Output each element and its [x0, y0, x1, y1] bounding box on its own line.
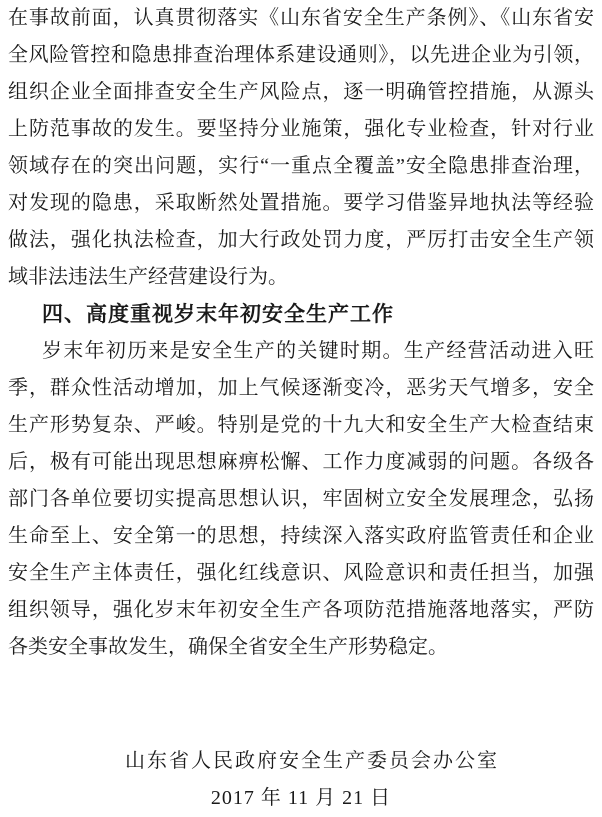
document-body: 在事故前面，认真贯彻落实《山东省安全生产条例》、《山东省安全风险管控和隐患排查治…	[8, 0, 594, 666]
text-line: 各类安全事故发生，确保全省安全生产形势稳定。	[8, 629, 594, 666]
text-line: 域非法违法生产经营建设行为。	[8, 259, 594, 296]
text-line: 安全生产主体责任，强化红线意识、风险意识和责任担当，加强	[8, 555, 594, 592]
text-line: 全风险管控和隐患排查治理体系建设通则》，以先进企业为引领，	[8, 37, 594, 74]
issue-date: 2017 年 11 月 21 日	[0, 780, 602, 817]
signature-block: 山东省人民政府安全生产委员会办公室 2017 年 11 月 21 日	[0, 743, 602, 817]
text-line: 在事故前面，认真贯彻落实《山东省安全生产条例》、《山东省安	[8, 0, 594, 37]
text-line: 组织企业全面排查安全生产风险点，逐一明确管控措施，从源头	[8, 74, 594, 111]
text-line: 对发现的隐患，采取断然处置措施。要学习借鉴异地执法等经验	[8, 185, 594, 222]
text-line: 上防范事故的发生。要坚持分业施策，强化专业检查，针对行业	[8, 111, 594, 148]
document-page: 在事故前面，认真贯彻落实《山东省安全生产条例》、《山东省安全风险管控和隐患排查治…	[0, 0, 602, 817]
text-line: 领域存在的突出问题，实行“一重点全覆盖”安全隐患排查治理，	[8, 148, 594, 185]
text-line: 部门各单位要切实提高思想认识，牢固树立安全发展理念，弘扬	[8, 481, 594, 518]
text-line: 后，极有可能出现思想麻痹松懈、工作力度减弱的问题。各级各	[8, 444, 594, 481]
text-line: 组织领导，强化岁末年初安全生产各项防范措施落地落实，严防	[8, 592, 594, 629]
text-line: 季，群众性活动增加，加上气候逐渐变冷，恶劣天气增多，安全	[8, 370, 594, 407]
text-line: 生产形势复杂、严峻。特别是党的十九大和安全生产大检查结束	[8, 407, 594, 444]
text-line: 做法，强化执法检查，加大行政处罚力度，严厉打击安全生产领	[8, 222, 594, 259]
section-heading: 四、高度重视岁末年初安全生产工作	[8, 296, 594, 333]
text-line: 生命至上、安全第一的思想，持续深入落实政府监管责任和企业	[8, 518, 594, 555]
text-line: 岁末年初历来是安全生产的关键时期。生产经营活动进入旺	[8, 333, 594, 370]
issuing-office: 山东省人民政府安全生产委员会办公室	[0, 743, 602, 780]
